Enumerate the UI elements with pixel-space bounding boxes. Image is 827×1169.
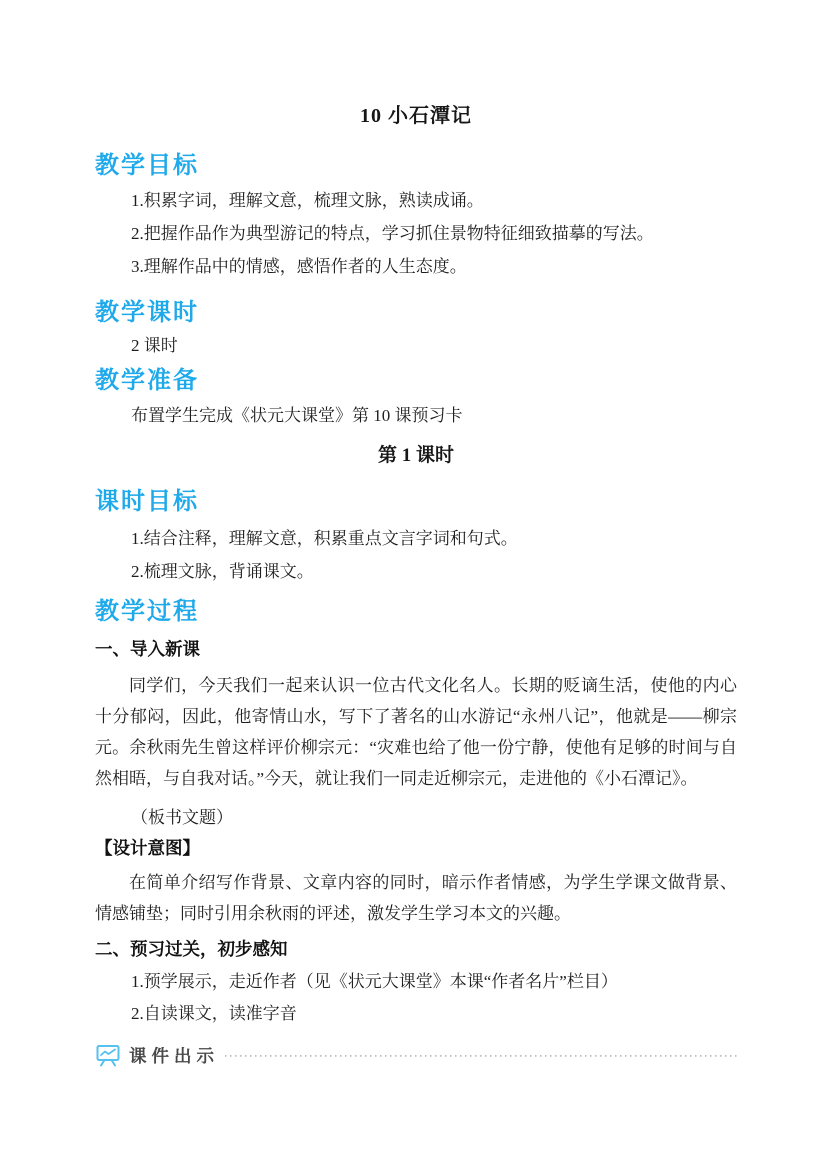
objective-item-2: 2.把握作品作为典型游记的特点，学习抓住景物特征细致描摹的写法。 xyxy=(95,217,737,250)
section-heading-teaching-periods: 教学课时 xyxy=(95,297,737,327)
courseware-display-row: 课件出示 xyxy=(95,1038,737,1072)
teaching-periods-value: 2 课时 xyxy=(95,329,737,362)
period-1-title: 第 1 课时 xyxy=(95,441,737,471)
subhead-part2-preview: 二、预习过关，初步感知 xyxy=(95,934,737,966)
lesson-title: 10 小石潭记 xyxy=(95,102,737,130)
design-intent-label: 【设计意图】 xyxy=(95,833,737,865)
objective-item-3: 3.理解作品中的情感，感悟作者的人生态度。 xyxy=(95,250,737,283)
period-goal-item-1: 1.结合注释，理解文意，积累重点文言字词和句式。 xyxy=(95,522,737,555)
lesson-plan-page: 10 小石潭记 教学目标 1.积累字词，理解文意，梳理文脉，熟读成诵。 2.把握… xyxy=(0,0,827,1169)
courseware-display-label: 课件出示 xyxy=(129,1043,219,1068)
objective-item-1: 1.积累字词，理解文意，梳理文脉，熟读成诵。 xyxy=(95,184,737,217)
lead-in-paragraph: 同学们，今天我们一起来认识一位古代文化名人。长期的贬谪生活，使他的内心十分郁闷，… xyxy=(95,670,737,794)
presentation-board-icon xyxy=(95,1042,121,1068)
design-intent-paragraph: 在简单介绍写作背景、文章内容的同时，暗示作者情感，为学生学课文做背景、情感铺垫；… xyxy=(95,867,737,929)
period-goal-item-2: 2.梳理文脉，背诵课文。 xyxy=(95,555,737,588)
teaching-preparation-value: 布置学生完成《状元大课堂》第 10 课预习卡 xyxy=(95,399,737,432)
section-heading-teaching-process: 教学过程 xyxy=(95,596,737,626)
section-heading-teaching-preparation: 教学准备 xyxy=(95,365,737,395)
preview-item-1: 1.预学展示，走近作者（见《状元大课堂》本课“作者名片”栏目） xyxy=(95,966,737,998)
preview-item-2: 2.自读课文，读准字音 xyxy=(95,998,737,1030)
dotted-leader-line xyxy=(225,1055,737,1058)
section-heading-period-goals: 课时目标 xyxy=(95,486,737,516)
subhead-part1-lead-in: 一、导入新课 xyxy=(95,634,737,666)
section-heading-teaching-objectives: 教学目标 xyxy=(95,150,737,180)
board-writing-note: （板书文题） xyxy=(95,802,737,833)
